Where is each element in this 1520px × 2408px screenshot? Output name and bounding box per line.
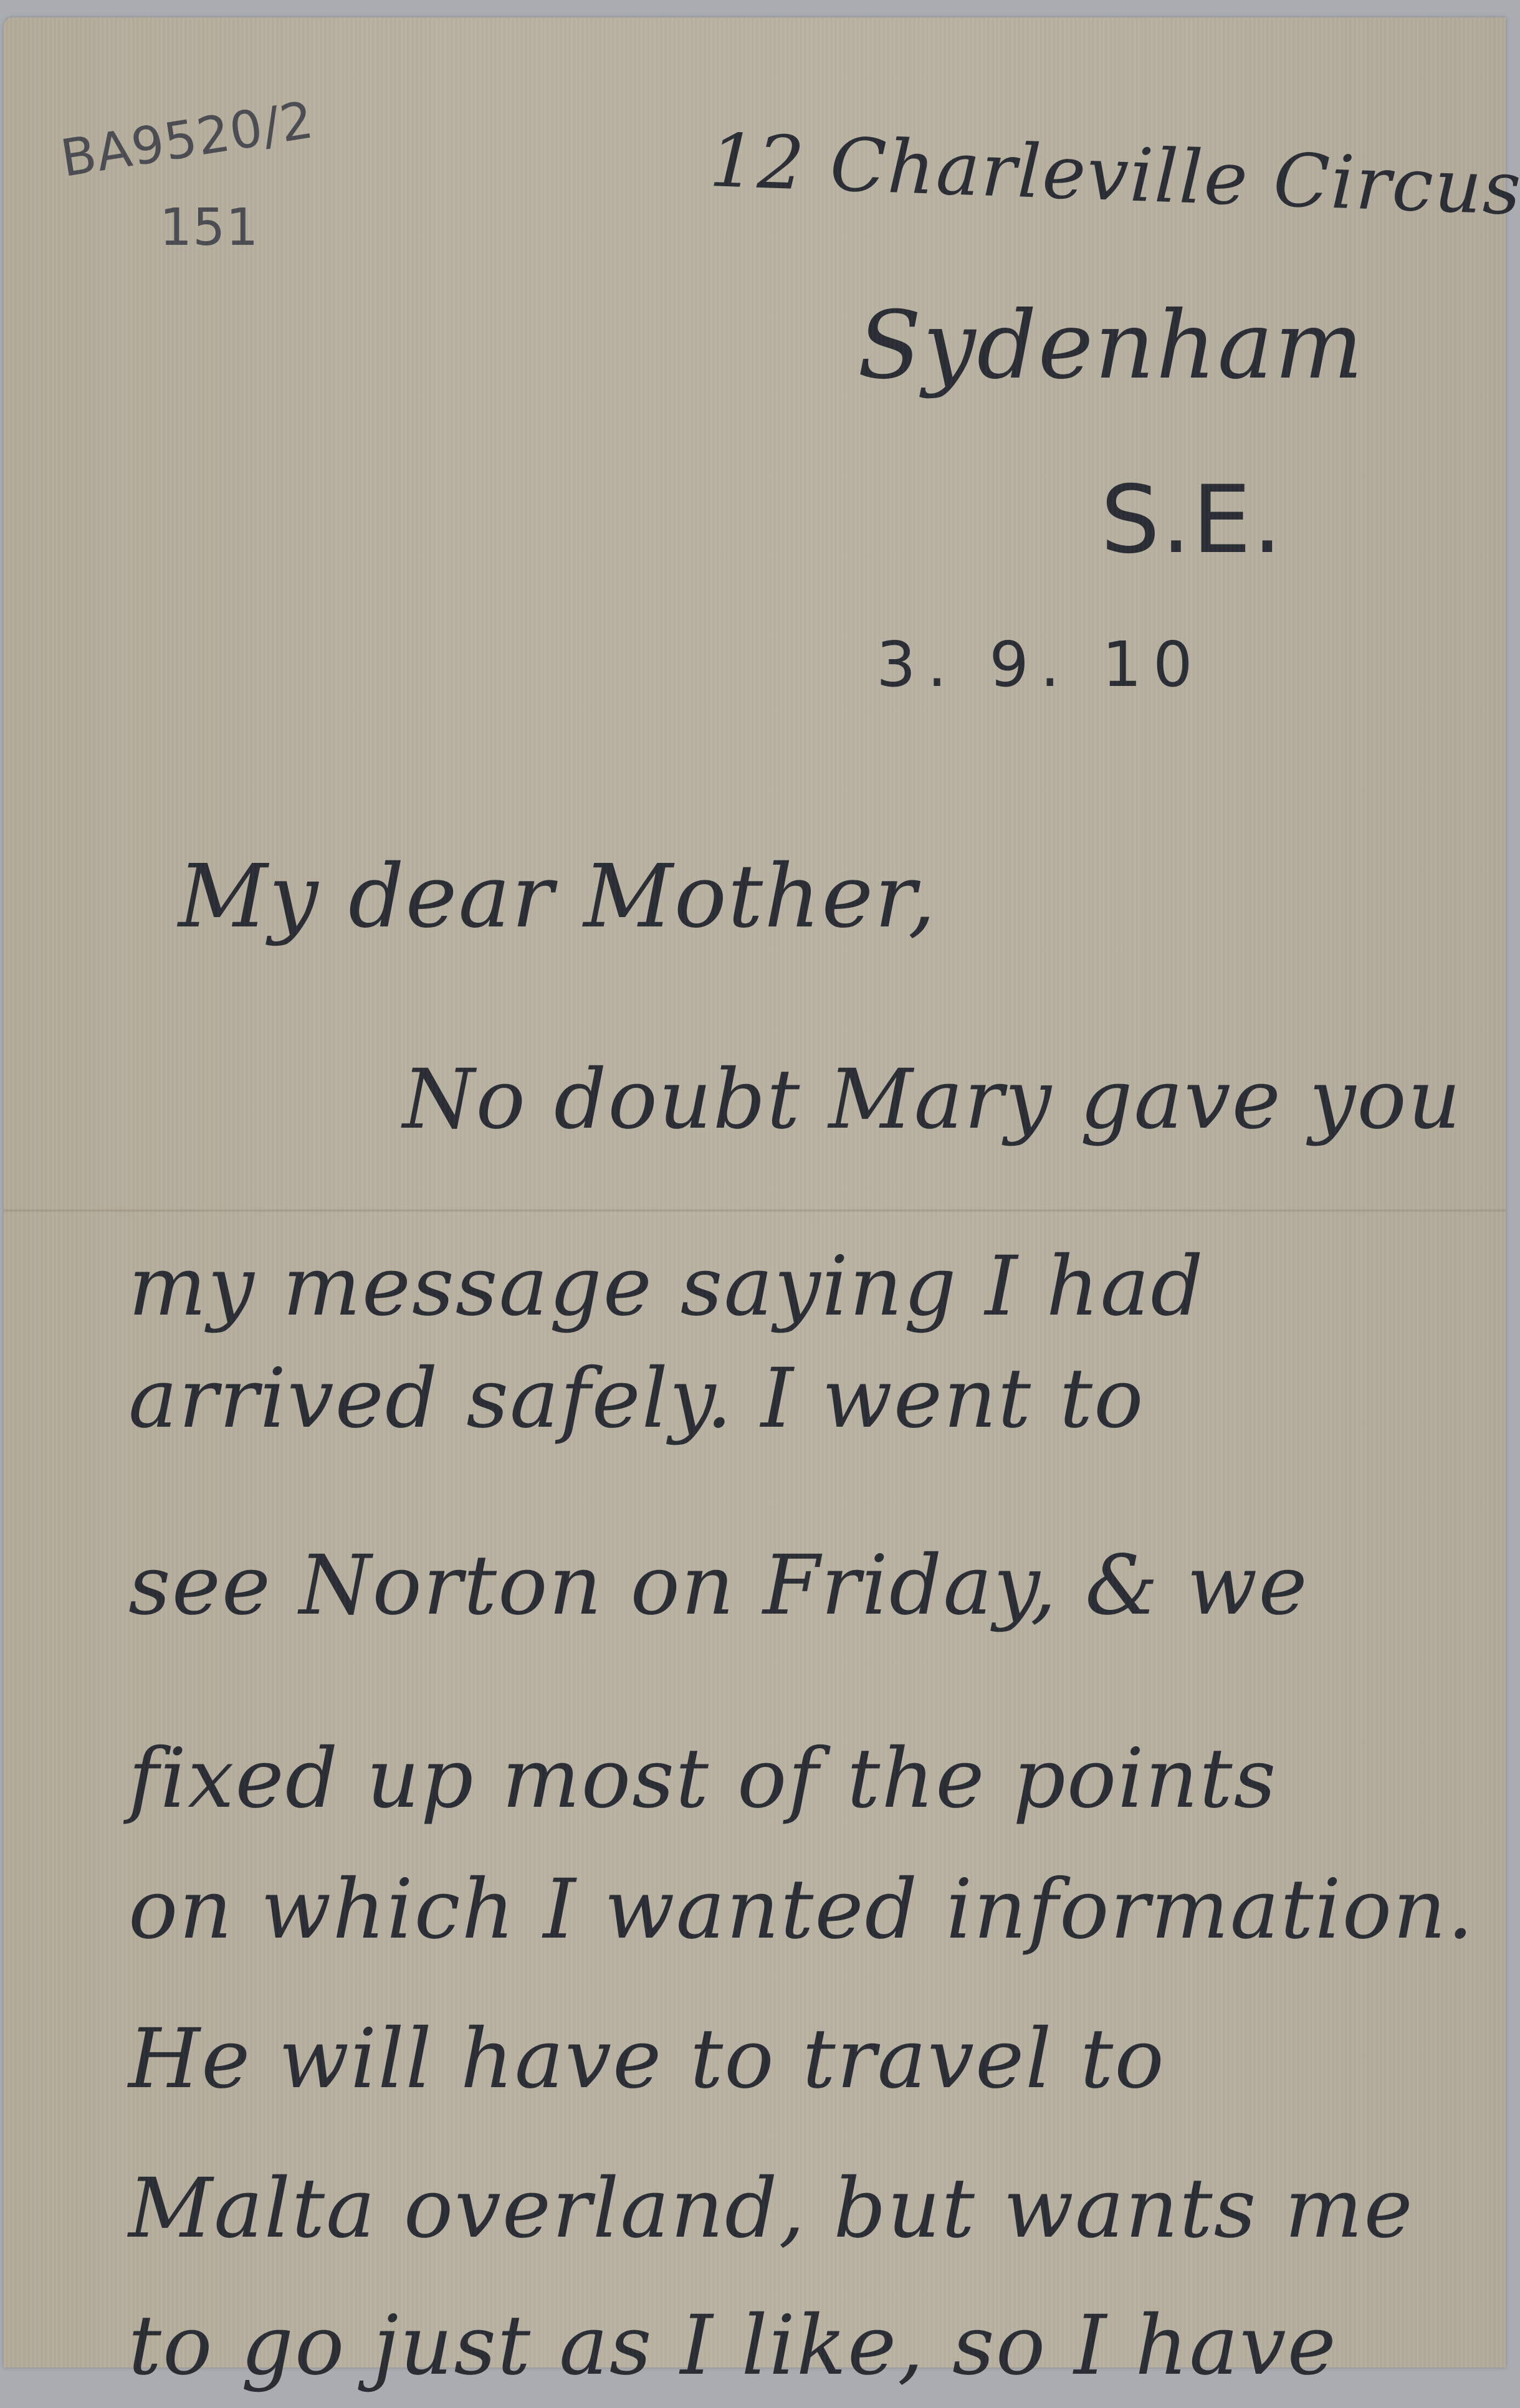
address-line-postal: S.E. xyxy=(1101,466,1283,574)
folio-number: 151 xyxy=(160,198,259,257)
body-line: fixed up most of the points xyxy=(128,1731,1277,1827)
fold-crease xyxy=(4,1209,1506,1212)
body-line: arrived safely. I went to xyxy=(128,1351,1145,1447)
body-line: my message saying I had xyxy=(128,1239,1205,1335)
body-line: No doubt Mary gave you xyxy=(403,1052,1462,1148)
catalogue-reference: BA9520/2 xyxy=(57,90,318,189)
letter-date: 3. 9. 10 xyxy=(876,628,1204,701)
address-line-district: Sydenham xyxy=(858,292,1364,400)
letter-page: BA9520/2 151 12 Charleville Circus Syden… xyxy=(4,17,1506,2368)
body-line: Malta overland, but wants me xyxy=(128,2161,1414,2257)
body-line: to go just as I like, so I have xyxy=(128,2298,1337,2394)
body-line: see Norton on Friday, & we xyxy=(128,1538,1309,1634)
salutation: My dear Mother, xyxy=(178,846,937,948)
body-line: on which I wanted information. xyxy=(128,1862,1475,1958)
address-line-street: 12 Charleville Circus xyxy=(708,117,1520,231)
photo-background: { "document": { "type": "handwritten let… xyxy=(0,0,1520,2408)
body-line: He will have to travel to xyxy=(128,2011,1165,2107)
